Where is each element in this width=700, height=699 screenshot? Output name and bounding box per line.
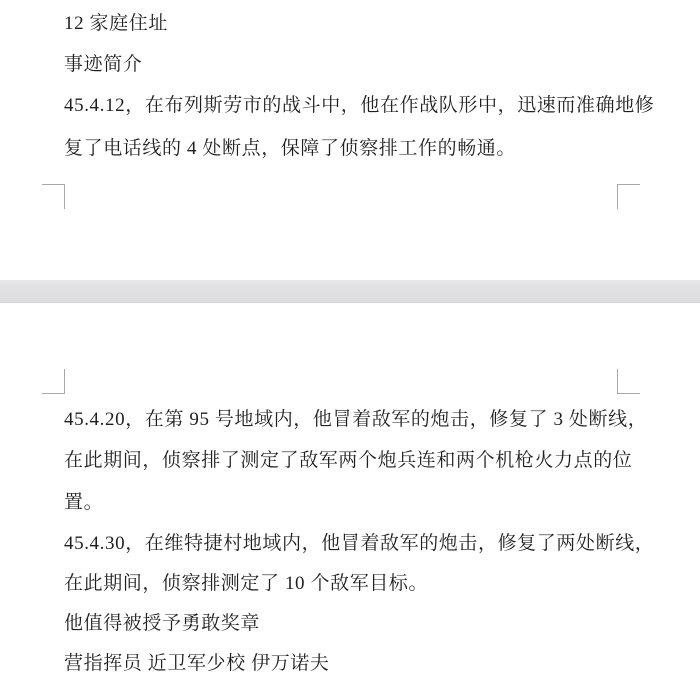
doc-line-deeds-intro-heading: 事迹简介: [64, 53, 624, 76]
text-boundary-mark-page2-top-right-icon: [617, 369, 640, 394]
doc-line-deed-450430-part2: 在此期间，侦察排测定了 10 个敌军目标。: [64, 572, 624, 595]
text-boundary-mark-page1-bottom-left-icon: [42, 184, 65, 209]
doc-line-commander-signature: 营指挥员 近卫军少校 伊万诺夫: [64, 652, 624, 675]
document-canvas: 12 家庭住址 事迹简介 45.4.12，在布列斯劳市的战斗中，他在作战队形中，…: [0, 0, 700, 699]
doc-line-deed-450420-part3: 置。: [64, 491, 624, 514]
text-boundary-mark-page2-top-left-icon: [42, 369, 65, 394]
text-boundary-mark-page1-bottom-right-icon: [617, 184, 640, 209]
doc-line-deed-450412-part2: 复了电话线的 4 处断点，保障了侦察排工作的畅通。: [64, 137, 624, 160]
doc-line-deed-450412-part1: 45.4.12，在布列斯劳市的战斗中，他在作战队形中，迅速而准确地修: [64, 94, 624, 117]
doc-line-award-recommendation: 他值得被授予勇敢奖章: [64, 612, 624, 635]
doc-line-deed-450430-part1: 45.4.30，在维特捷村地域内，他冒着敌军的炮击，修复了两处断线，: [64, 532, 624, 555]
doc-line-deed-450420-part2: 在此期间，侦察排了测定了敌军两个炮兵连和两个机枪火力点的位: [64, 449, 624, 472]
page-break-separator[interactable]: [0, 280, 700, 303]
doc-line-home-address-field: 12 家庭住址: [64, 12, 624, 35]
doc-line-deed-450420-part1: 45.4.20，在第 95 号地域内，他冒着敌军的炮击，修复了 3 处断线，: [64, 408, 624, 431]
